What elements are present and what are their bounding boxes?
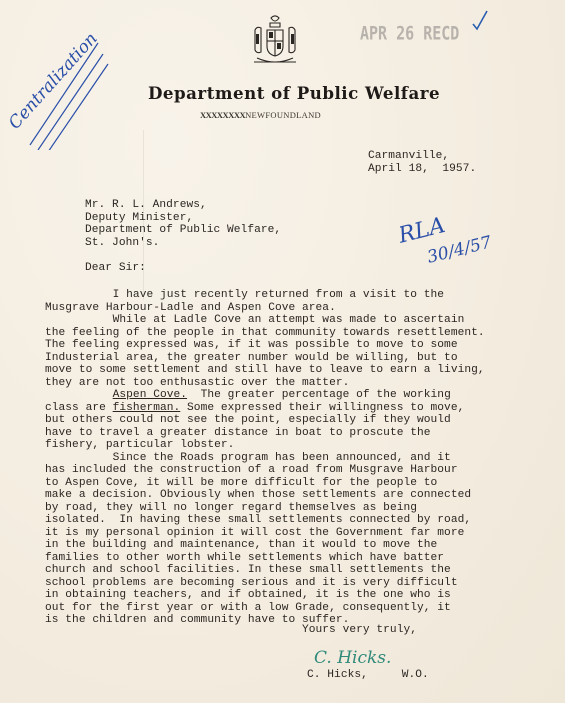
body-line: in obtaining teachers, and if obtained, … [45,589,485,602]
svg-text:C. Hicks.: C. Hicks. [314,648,391,668]
body-line: families to other worth while settlement… [45,552,485,565]
recipient-line: St. John's. [85,237,281,250]
body-line: While at Ladle Cove an attempt was made … [45,314,485,327]
svg-text:Centralization: Centralization [5,30,102,133]
underlined-text: Aspen Cove. [113,389,187,401]
body-line: in the building and maintenance, than it… [45,539,485,552]
recipient-block: Mr. R. L. Andrews,Deputy Minister,Depart… [85,199,281,249]
department-title: Department of Public Welfare [148,84,440,104]
body-line: fishery, particular lobster. [45,439,485,452]
salutation: Dear Sir: [85,262,146,275]
body-line: move to some settlement and still have t… [45,364,485,377]
date: April 18, 1957. [368,163,476,176]
received-stamp: APR 26 RECD [360,22,459,45]
body-line: make a decision. Obviously when those se… [45,489,485,502]
body-line: Industerial area, the greater number wou… [45,352,485,365]
valediction: Yours very truly, [302,624,417,637]
recipient-line: Deputy Minister, [85,212,281,225]
location-text: NEWFOUNDLAND [245,110,321,120]
body-line: but others could not see the point, espe… [45,414,485,427]
signature: C. Hicks. [310,643,420,671]
letter-body: I have just recently returned from a vis… [85,289,485,627]
handwritten-initials: RLA 30/4/57 [400,208,510,263]
margin-note-handwriting: Centralization [0,30,110,150]
underlined-text: fisherman. [113,402,181,414]
body-line: have to travel a greater distance in boa… [45,427,485,440]
recipient-line: Department of Public Welfare, [85,224,281,237]
body-line: by road, they will no longer regard them… [45,502,485,515]
department-location: XXXXXXXXNEWFOUNDLAND [200,110,321,120]
body-line: out for the first year or with a low Gra… [45,602,485,615]
date-block: Carmanville,April 18, 1957. [368,150,476,175]
signer-name: C. Hicks, W.O. [307,669,429,682]
body-line: it is my personal opinion it will cost t… [45,527,485,540]
struck-out-text: XXXXXXXX [200,110,245,120]
body-line: has included the construction of a road … [45,464,485,477]
body-line: is the children and community have to su… [45,614,485,627]
place: Carmanville, [368,150,476,163]
body-line: I have just recently returned from a vis… [45,289,485,302]
body-line: Musgrave Harbour-Ladle and Aspen Cove ar… [45,302,485,315]
checkmark-icon [470,8,490,32]
body-line: the feeling of the people in that commun… [45,327,485,340]
body-line: Since the Roads program has been announc… [45,452,485,465]
body-line: Aspen Cove. The greater percentage of th… [45,389,485,402]
body-line: isolated. In having these small settleme… [45,514,485,527]
recipient-line: Mr. R. L. Andrews, [85,199,281,212]
body-line: school problems are becoming serious and… [45,577,485,590]
body-line: class are fisherman. Some expressed thei… [45,402,485,415]
body-line: to Aspen Cove, it will be more difficult… [45,477,485,490]
body-line: church and school facilities. In these s… [45,564,485,577]
coat-of-arms-icon [251,14,299,66]
body-line: The feeling expressed was, if it was pos… [45,339,485,352]
body-line: they are not too enthusastic over the ma… [45,377,485,390]
